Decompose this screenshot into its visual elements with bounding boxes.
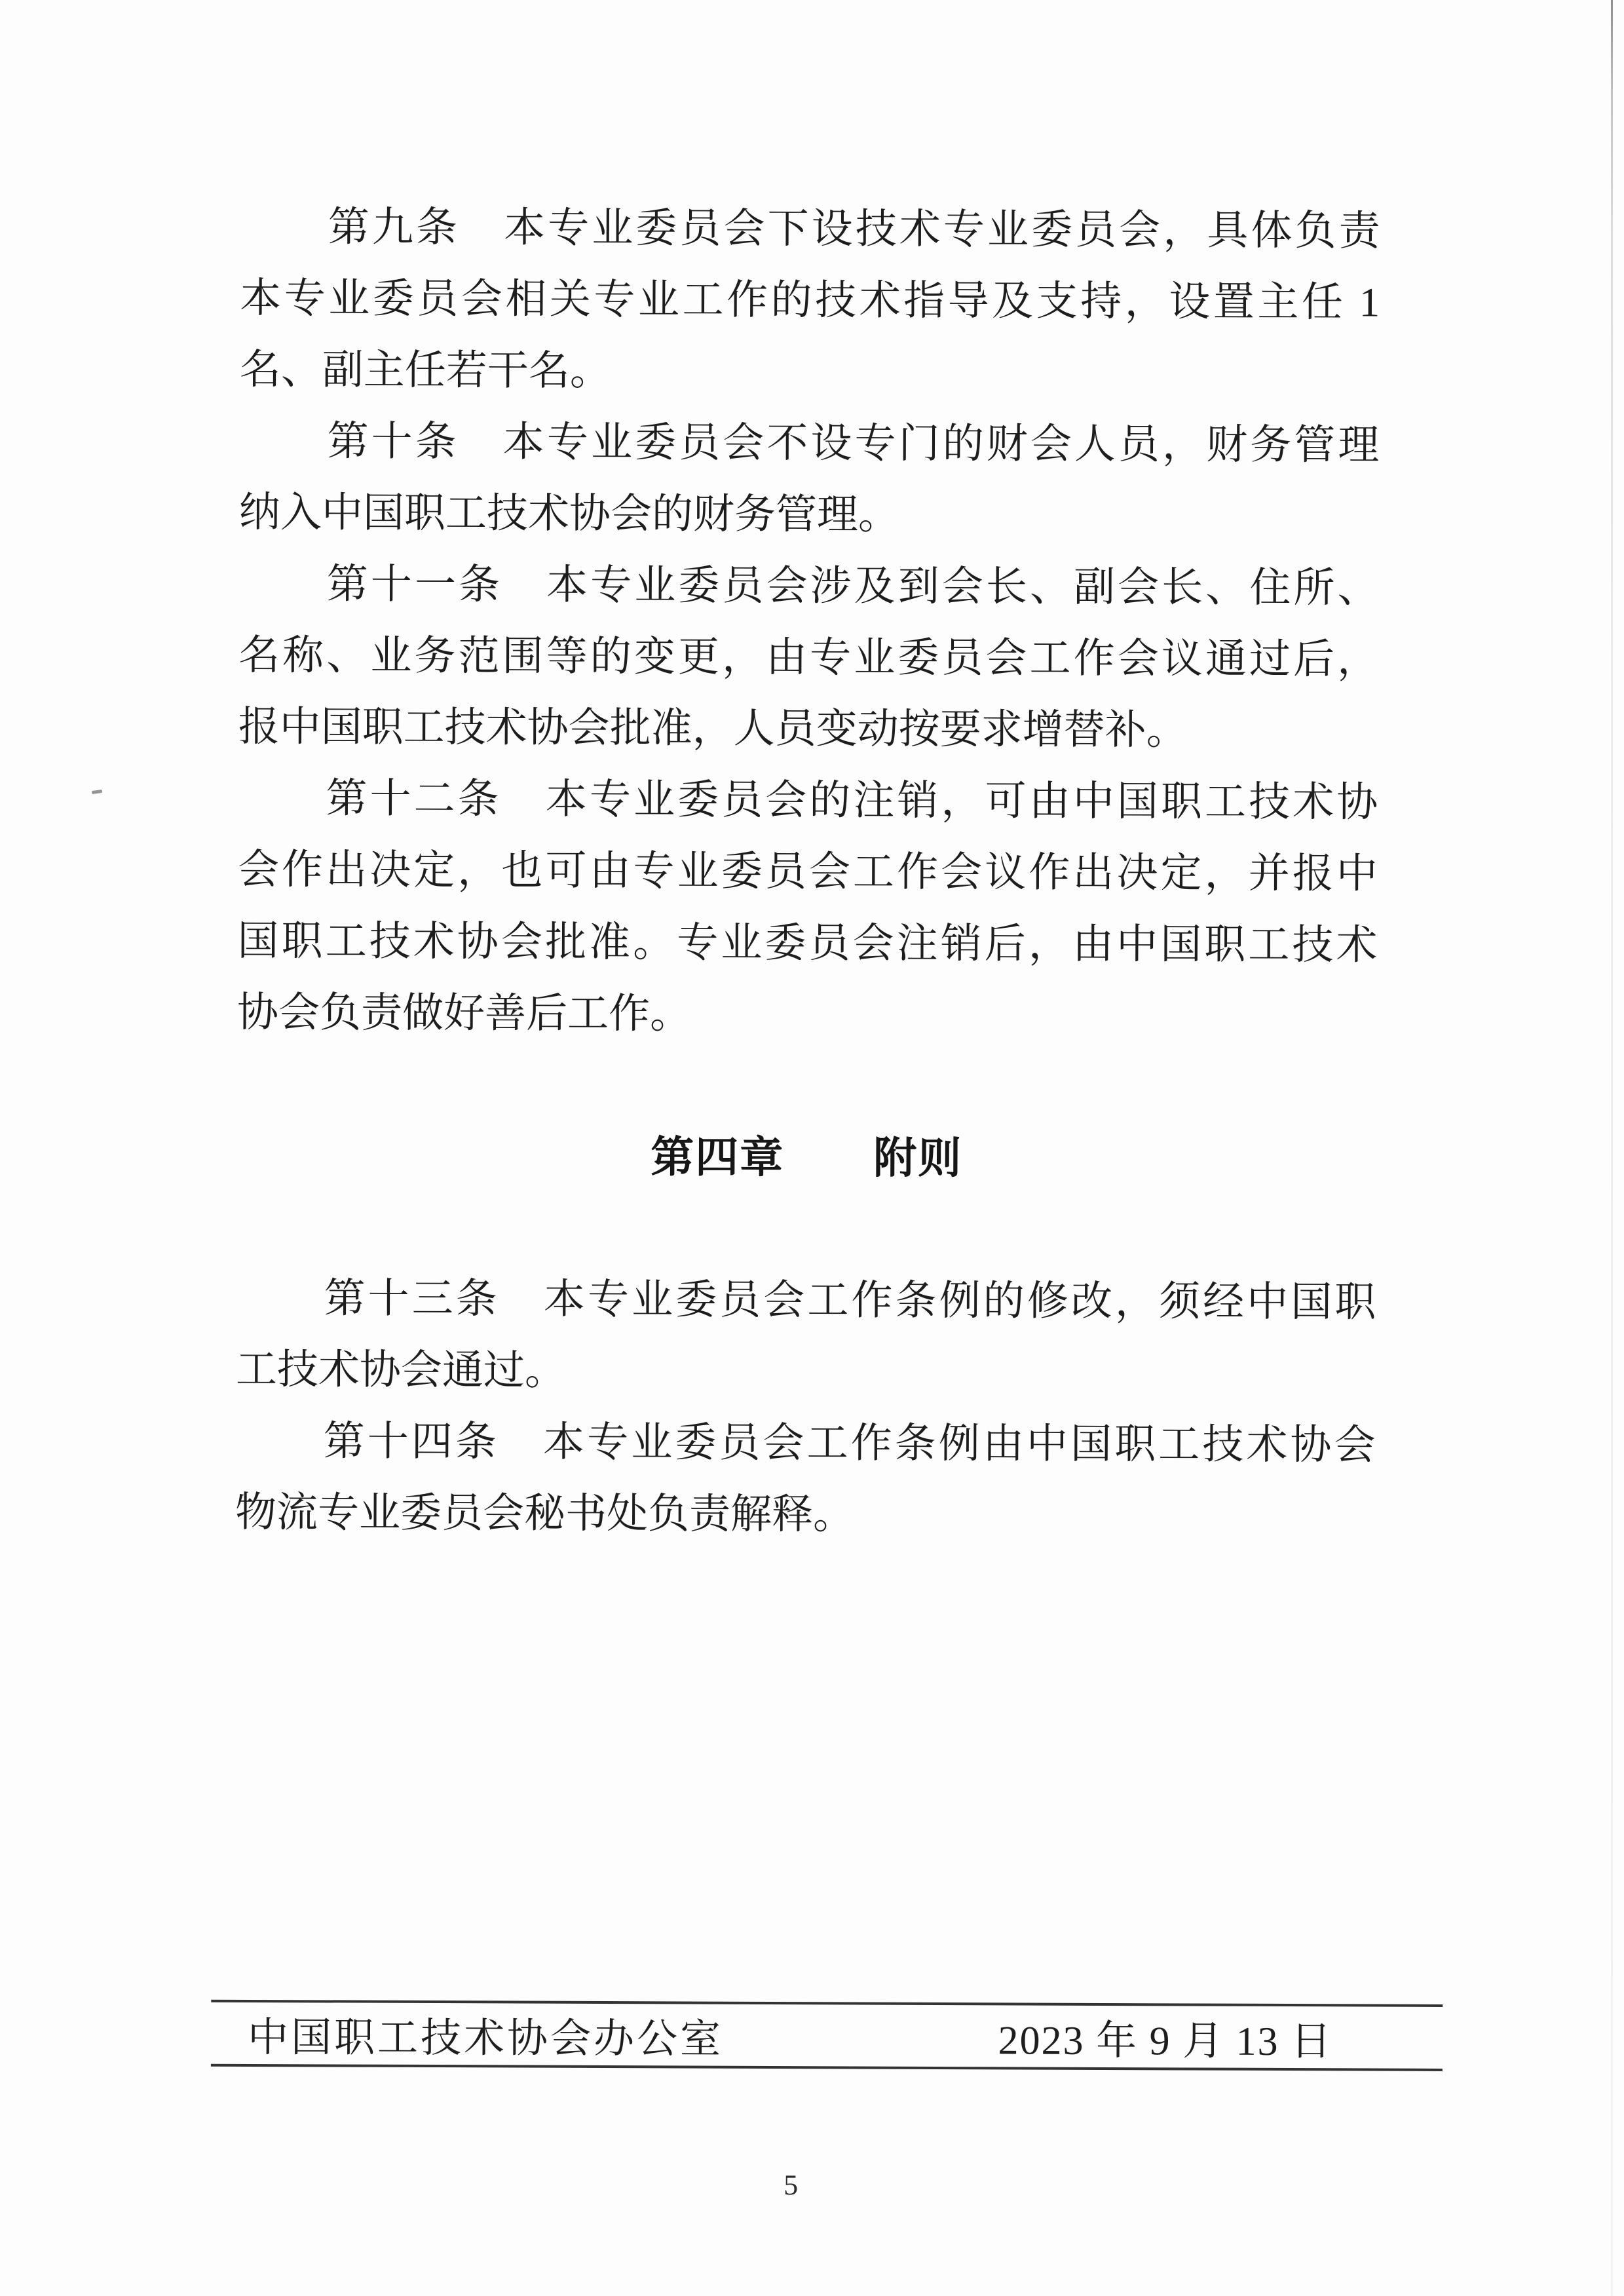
text-line: 纳入中国职工技术协会的财务管理。 [239,477,1379,553]
text-line: 第十三条 本专业委员会工作条例的修改，须经中国职 [236,1263,1376,1339]
text-line: 本专业委员会相关专业工作的技术指导及支持，设置主任 1 [240,263,1380,339]
text-line: 名、副主任若干名。 [240,334,1380,410]
text-line: 第十二条 本专业委员会的注销，可由中国职工技术协 [238,763,1378,839]
document-body: 第九条 本专业委员会下设技术专业委员会，具体负责本专业委员会相关专业工作的技术指… [235,191,1380,1553]
text-line: 报中国职工技术协会批准，人员变动按要求增替补。 [238,691,1378,767]
text-line: 会作出决定，也可由专业委员会工作会议作出决定，并报中 [238,834,1378,910]
page-number: 5 [0,2165,1590,2204]
text-line: 第九条 本专业委员会下设技术专业委员会，具体负责 [240,191,1380,267]
scan-edge-artifact [1611,0,1613,2296]
text-line: 第十四条 本专业委员会工作条例由中国职工技术协会 [235,1406,1375,1482]
scanned-document-page: 第九条 本专业委员会下设技术专业委员会，具体负责本专业委员会相关专业工作的技术指… [0,0,1624,2296]
document-footer: 中国职工技术协会办公室 2023 年 9 月 13 日 [211,2000,1443,2071]
text-line: 协会负责做好善后工作。 [237,977,1377,1053]
text-line: 第十一条 本专业委员会涉及到会长、副会长、住所、 [238,548,1378,624]
text-line: 物流专业委员会秘书处负责解释。 [235,1477,1375,1553]
chapter-heading: 第四章 附则 [236,1120,1376,1196]
footer-office-name: 中国职工技术协会办公室 [248,2004,723,2064]
text-line: 名称、业务范围等的变更，由专业委员会工作会议通过后， [238,620,1378,696]
text-line: 国职工技术协会批准。专业委员会注销后，由中国职工技术 [237,906,1377,982]
text-line: 工技术协会通过。 [236,1334,1376,1410]
scan-skew-layer: 第九条 本专业委员会下设技术专业委员会，具体负责本专业委员会相关专业工作的技术指… [0,0,1624,2296]
footer-date: 2023 年 9 月 13 日 [998,2007,1332,2067]
text-line: 第十条 本专业委员会不设专门的财会人员，财务管理 [239,406,1379,482]
